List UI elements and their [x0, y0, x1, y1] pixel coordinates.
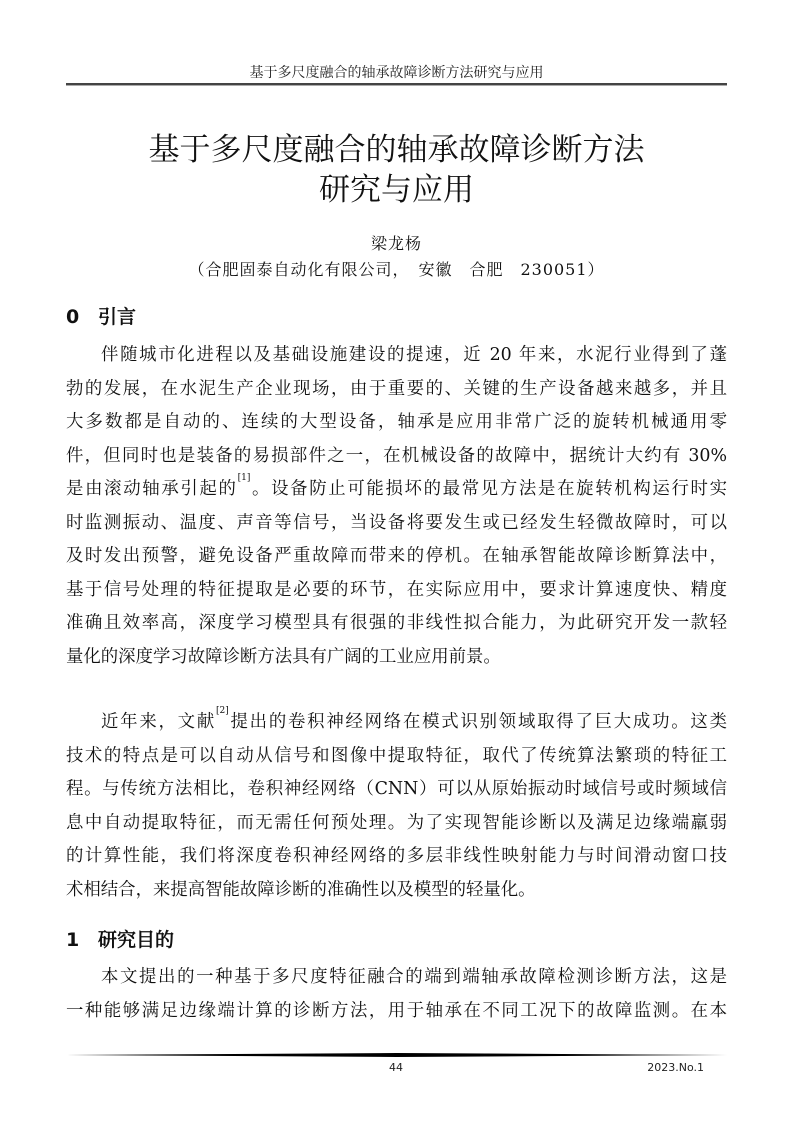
title-line-1: 基于多尺度融合的轴承故障诊断方法 — [66, 130, 727, 170]
text-line: 准确且效率高，深度学习模型具有很强的非线性拟合能力，为此研究开发一款轻 — [66, 607, 727, 641]
text-line: 量化的深度学习故障诊断方法具有广阔的工业应用前景。 — [66, 641, 727, 675]
text-line: 伴随城市化进程以及基础设施建设的提速，近 20 年来，水泥行业得到了蓬 — [66, 339, 727, 373]
text-line: 本文提出的一种基于多尺度特征融合的端到端轴承故障检测诊断方法，这是 — [66, 961, 727, 995]
text-fragment: 。设备防止可能损坏的最常见方法是在旋转机构运行时实 — [250, 479, 727, 499]
footer-rule — [66, 1053, 727, 1057]
section-title: 引言 — [98, 306, 136, 328]
text-line: 息中自动提取特征，而无需任何预处理。为了实现智能诊断以及满足边缘端羸弱 — [66, 807, 727, 841]
paragraph-research-purpose-1: 本文提出的一种基于多尺度特征融合的端到端轴承故障检测诊断方法，这是 一种能够满足… — [66, 961, 727, 1028]
citation-ref-1[interactable]: [1] — [238, 473, 251, 483]
text-line: 的计算性能，我们将深度卷积神经网络的多层非线性映射能力与时间滑动窗口技 — [66, 840, 727, 874]
text-line: 术相结合，来提高智能故障诊断的准确性以及模型的轻量化。 — [66, 874, 727, 908]
text-fragment: 近年来，文献 — [101, 712, 216, 732]
text-line-with-citation: 近年来，文献[2]提出的卷积神经网络在模式识别领域取得了巨大成功。这类 — [66, 706, 727, 740]
section-number: 0 — [66, 305, 98, 329]
text-line: 时监测振动、温度、声音等信号，当设备将要发生或已经发生轻微故障时，可以 — [66, 507, 727, 541]
section-heading-introduction: 0引言 — [66, 305, 136, 329]
issue-label: 2023.No.1 — [600, 1061, 704, 1075]
author-name: 梁龙杨 — [66, 233, 727, 255]
text-line: 技术的特点是可以自动从信号和图像中提取特征，取代了传统算法繁琐的特征工 — [66, 740, 727, 774]
header-rule — [66, 83, 727, 86]
text-fragment: 提出的卷积神经网络在模式识别领域取得了巨大成功。这类 — [229, 712, 727, 732]
text-line-with-citation: 是由滚动轴承引起的[1]。设备防止可能损坏的最常见方法是在旋转机构运行时实 — [66, 473, 727, 507]
text-line: 勃的发展，在水泥生产企业现场，由于重要的、关键的生产设备越来越多，并且 — [66, 373, 727, 407]
text-line: 一种能够满足边缘端计算的诊断方法，用于轴承在不同工况下的故障监测。在本 — [66, 995, 727, 1029]
page-number: 44 — [376, 1061, 416, 1075]
title-line-2: 研究与应用 — [66, 170, 727, 210]
section-title: 研究目的 — [98, 929, 174, 951]
paragraph-introduction-2: 近年来，文献[2]提出的卷积神经网络在模式识别领域取得了巨大成功。这类 技术的特… — [66, 706, 727, 907]
section-heading-research-purpose: 1研究目的 — [66, 928, 174, 952]
paragraph-introduction-1: 伴随城市化进程以及基础设施建设的提速，近 20 年来，水泥行业得到了蓬 勃的发展… — [66, 339, 727, 674]
citation-ref-2[interactable]: [2] — [216, 706, 229, 716]
author-affiliation: （合肥固泰自动化有限公司， 安徽 合肥 230051） — [66, 259, 727, 281]
text-line: 基于信号处理的特征提取是必要的环节，在实际应用中，要求计算速度快、精度 — [66, 574, 727, 608]
text-line: 程。与传统方法相比，卷积神经网络（CNN）可以从原始振动时域信号或时频域信 — [66, 773, 727, 807]
text-line: 大多数都是自动的、连续的大型设备，轴承是应用非常广泛的旋转机械通用零 — [66, 406, 727, 440]
text-line: 及时发出预警，避免设备严重故障而带来的停机。在轴承智能故障诊断算法中， — [66, 540, 727, 574]
text-line: 件，但同时也是装备的易损部件之一，在机械设备的故障中，据统计大约有 30% — [66, 440, 727, 474]
article-title: 基于多尺度融合的轴承故障诊断方法 研究与应用 — [66, 130, 727, 210]
text-fragment: 是由滚动轴承引起的 — [66, 479, 238, 499]
section-number: 1 — [66, 928, 98, 952]
running-header: 基于多尺度融合的轴承故障诊断方法研究与应用 — [66, 64, 727, 82]
